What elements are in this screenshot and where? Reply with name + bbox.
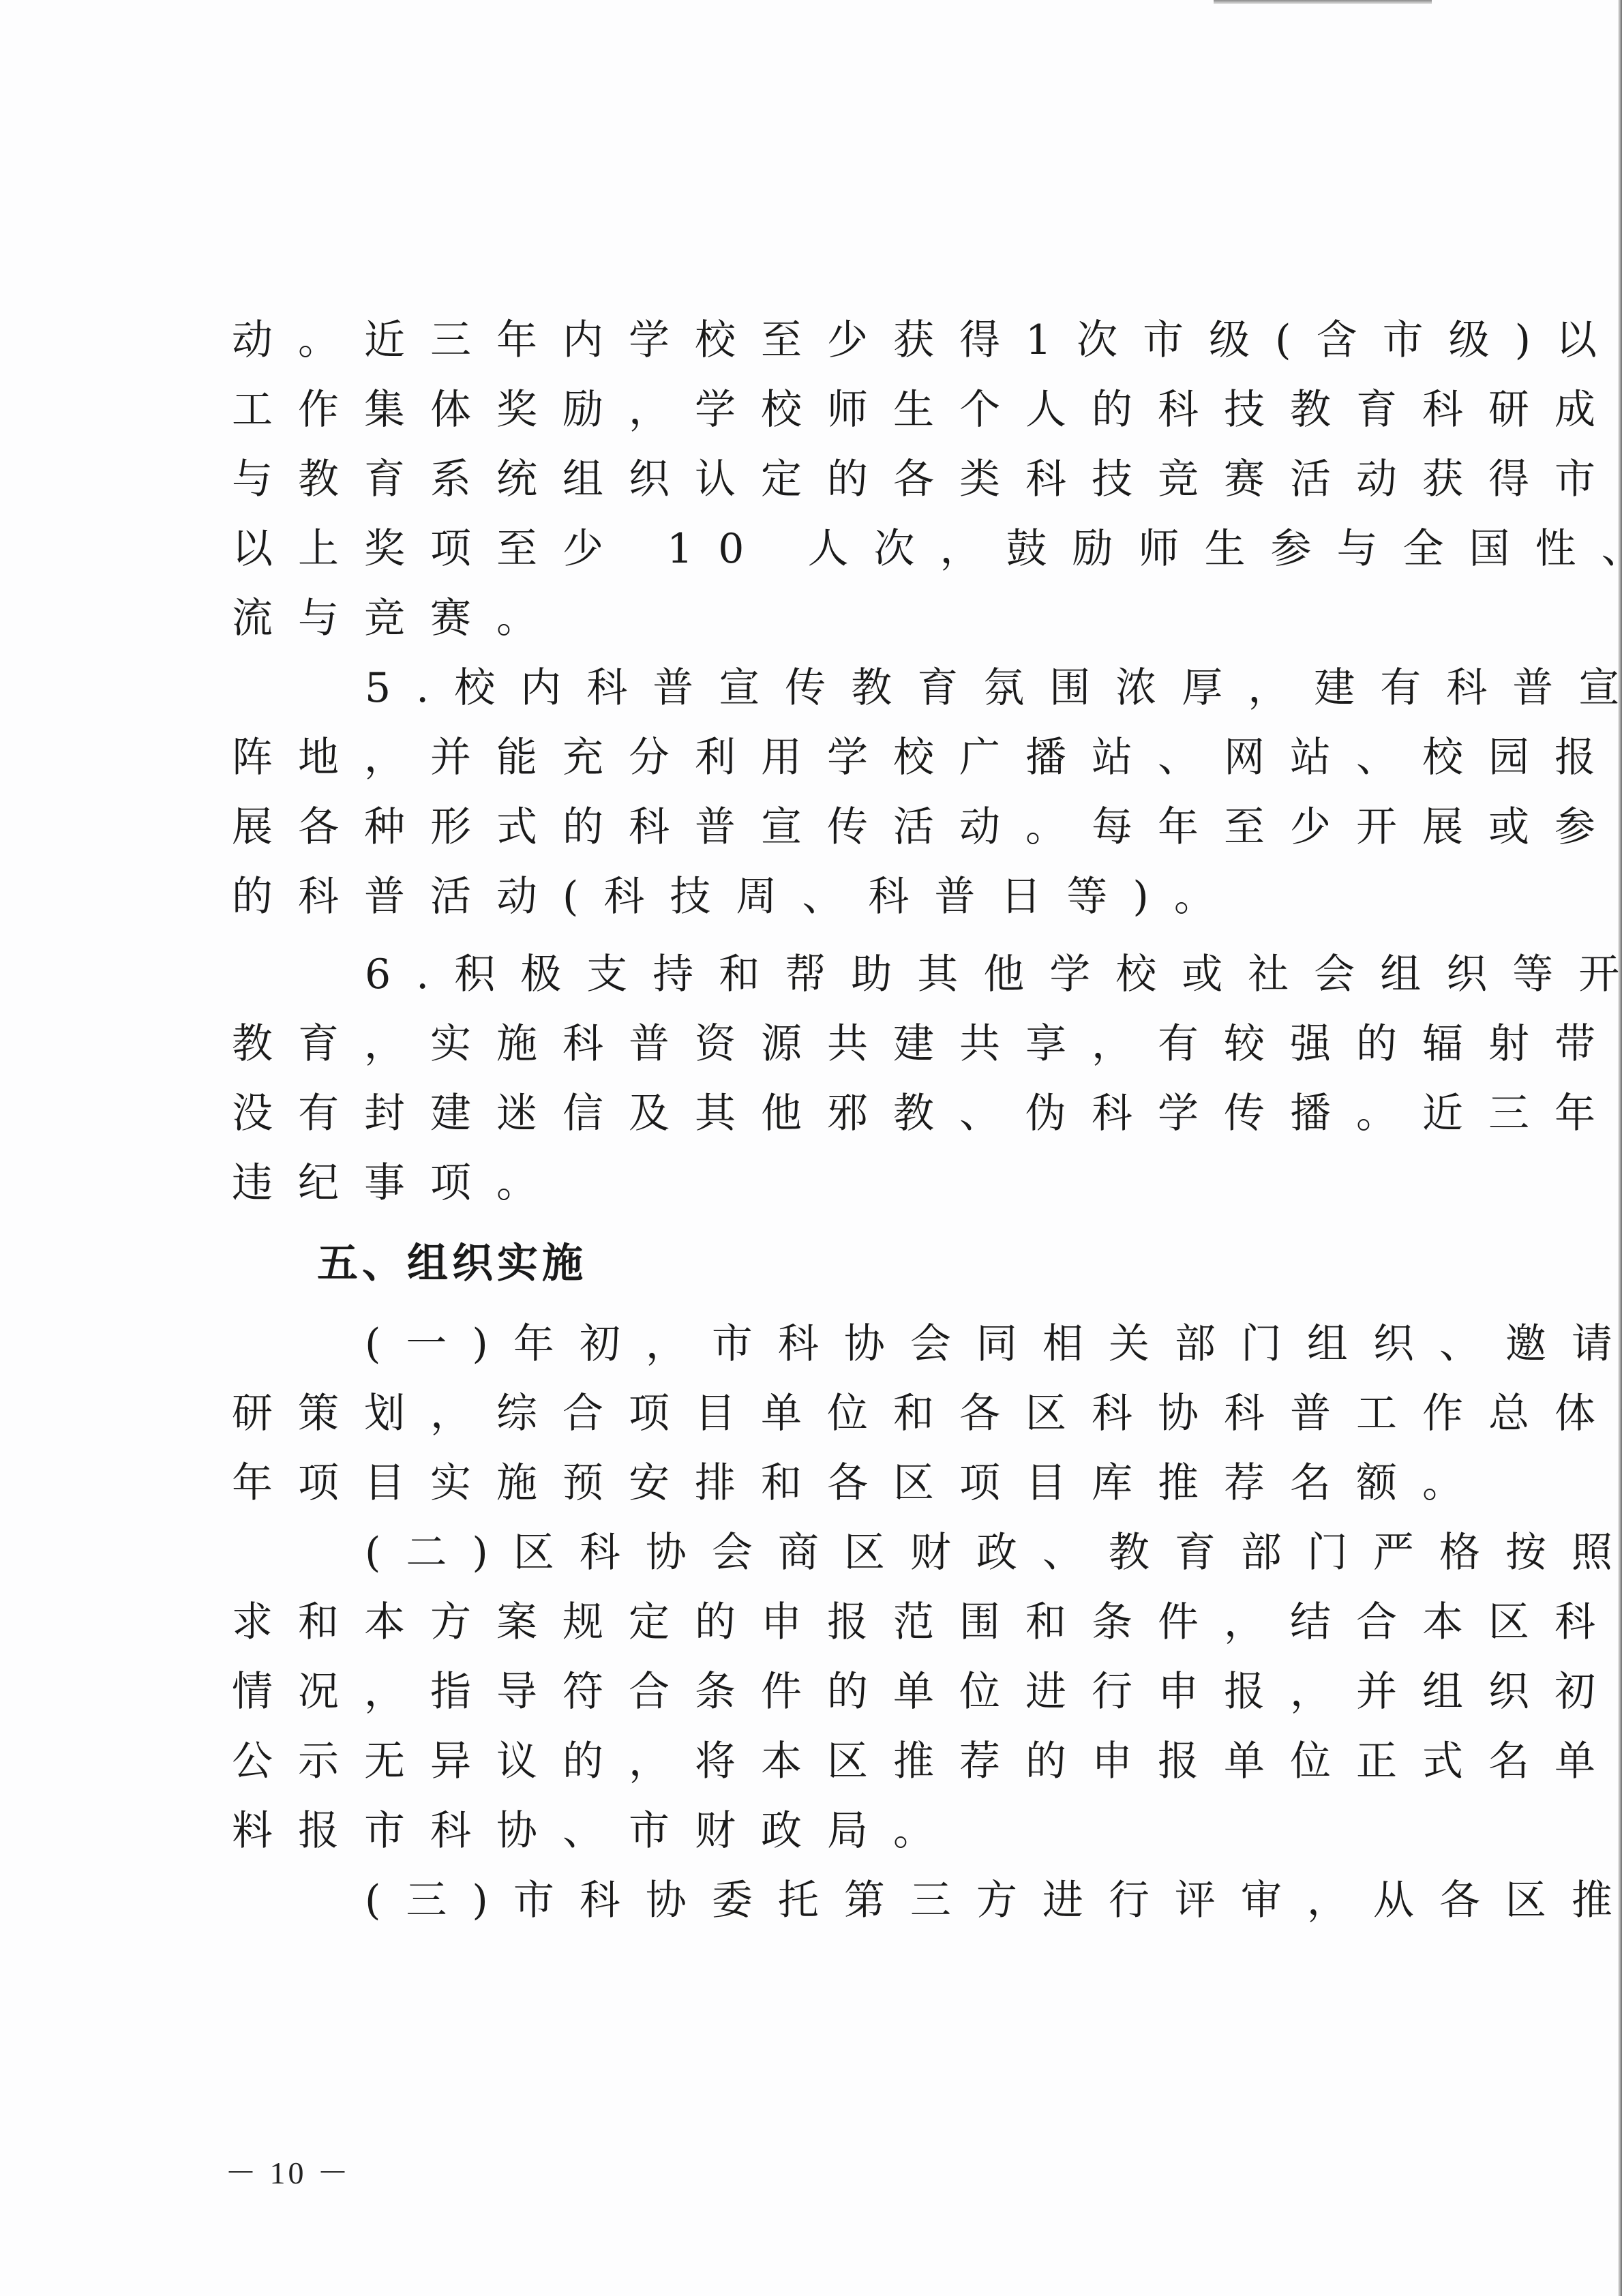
text-line: 以上奖项至少 10 人次，鼓励师生参与全国性、国际性科学交 bbox=[232, 514, 1432, 584]
text-line: 阵地，并能充分利用学校广播站、网站、校园报刊等，定期开 bbox=[232, 723, 1432, 792]
text-line: 求和本方案规定的申报范围和条件，结合本区科普工作的实际 bbox=[232, 1587, 1432, 1657]
text-line: 情况，指导符合条件的单位进行申报，并组织初评和公示，经 bbox=[232, 1657, 1432, 1727]
text-line: 的科普活动(科技周、科普日等)。 bbox=[232, 862, 1432, 931]
text-line: 与教育系统组织认定的各类科技竞赛活动获得市级(含市级) bbox=[232, 445, 1432, 514]
text-line: 教育，实施科普资源共建共享，有较强的辐射带动能力。学校 bbox=[232, 1009, 1432, 1079]
text-line: 展各种形式的科普宣传活动。每年至少开展或参与一次有主题 bbox=[232, 792, 1432, 862]
page-number: － 10 － bbox=[225, 2148, 351, 2193]
text-line: 公示无异议的，将本区推荐的申报单位正式名单及相关申报材 bbox=[232, 1727, 1432, 1796]
text-line: 年项目实施预安排和各区项目库推荐名额。 bbox=[232, 1448, 1432, 1518]
text-line: 研策划，综合项目单位和各区科协科普工作总体情况，提出全 bbox=[232, 1379, 1432, 1448]
text-line: 工作集体奖励，学校师生个人的科技教育科研成果、参加科协 bbox=[232, 375, 1432, 445]
text-line: 6.积极支持和帮助其他学校或社会组织等开展青少年科技 bbox=[232, 940, 1432, 1009]
scan-edge-top bbox=[1214, 0, 1432, 4]
text-line: 5.校内科普宣传教育氛围浓厚，建有科普宣传画廊等宣传 bbox=[232, 653, 1432, 723]
document-body: 动。近三年内学校至少获得1次市级(含市级)以上科技教育 工作集体奖励，学校师生个… bbox=[232, 305, 1432, 1935]
text-line: (一)年初，市科协会同相关部门组织、邀请有关专家调 bbox=[232, 1309, 1432, 1379]
paragraph-item-5: 5.校内科普宣传教育氛围浓厚，建有科普宣传画廊等宣传 阵地，并能充分利用学校广播… bbox=[232, 653, 1432, 931]
text-line: 违纪事项。 bbox=[232, 1148, 1432, 1218]
text-line: 流与竞赛。 bbox=[232, 584, 1432, 653]
text-line: (二)区科协会商区财政、教育部门严格按照申报文件要 bbox=[232, 1518, 1432, 1587]
section-heading: 五、组织实施 bbox=[232, 1218, 1432, 1309]
paragraph-item-6: 6.积极支持和帮助其他学校或社会组织等开展青少年科技 教育，实施科普资源共建共享… bbox=[232, 940, 1432, 1218]
paragraph-sub-2: (二)区科协会商区财政、教育部门严格按照申报文件要 求和本方案规定的申报范围和条… bbox=[232, 1518, 1432, 1866]
text-line: 动。近三年内学校至少获得1次市级(含市级)以上科技教育 bbox=[232, 305, 1432, 375]
text-line: (三)市科协委托第三方进行评审，从各区推荐的单位中， bbox=[232, 1866, 1432, 1935]
text-line: 料报市科协、市财政局。 bbox=[232, 1796, 1432, 1866]
text-line: 没有封建迷信及其他邪教、伪科学传播。近三年内学校无违规、 bbox=[232, 1079, 1432, 1148]
paragraph-sub-1: (一)年初，市科协会同相关部门组织、邀请有关专家调 研策划，综合项目单位和各区科… bbox=[232, 1309, 1432, 1518]
paragraph-continuation: 动。近三年内学校至少获得1次市级(含市级)以上科技教育 工作集体奖励，学校师生个… bbox=[232, 305, 1432, 653]
paragraph-sub-3: (三)市科协委托第三方进行评审，从各区推荐的单位中， bbox=[232, 1866, 1432, 1935]
